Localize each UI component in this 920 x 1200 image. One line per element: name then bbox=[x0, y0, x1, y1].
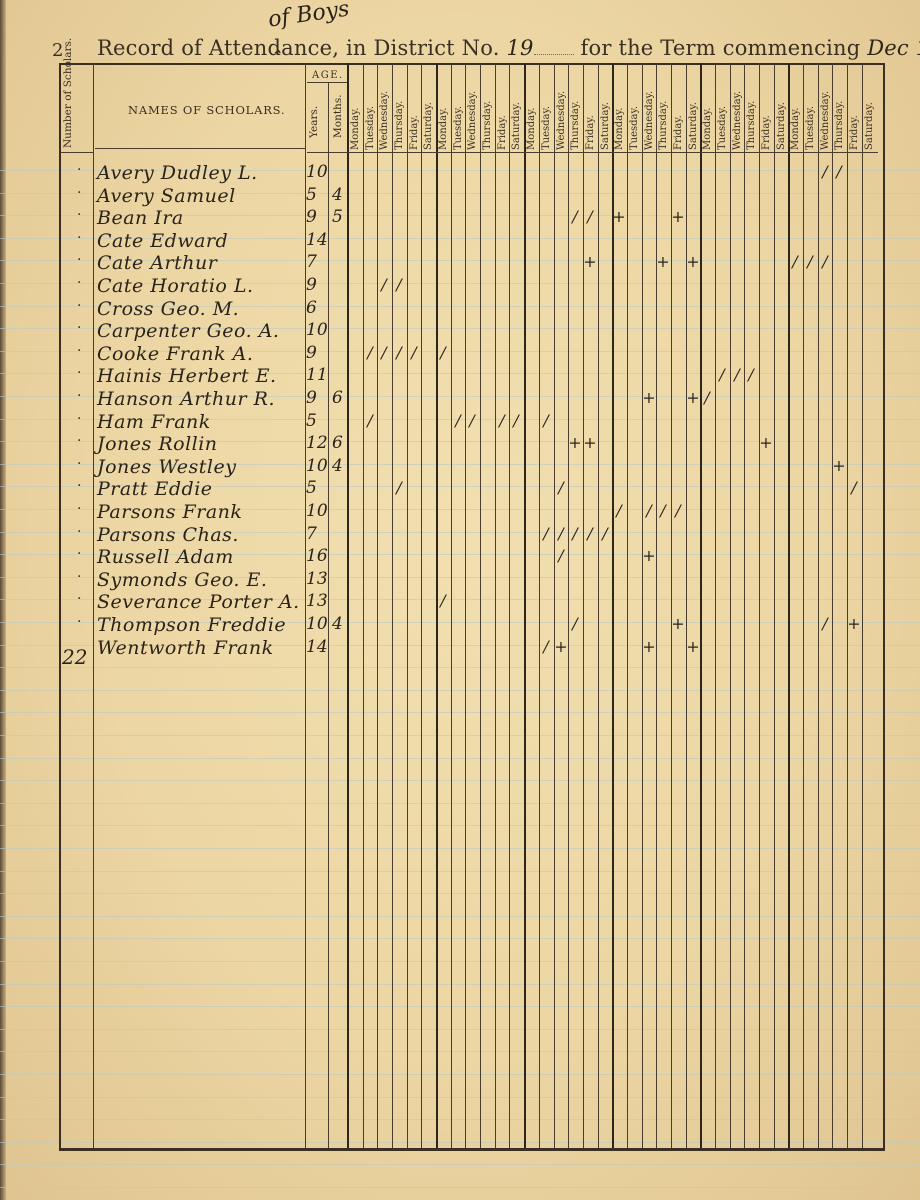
day-header: Saturday. bbox=[423, 102, 434, 150]
age-months: 5 bbox=[332, 207, 343, 227]
header-rule bbox=[348, 152, 878, 153]
scholar-name: Cate Arthur bbox=[97, 252, 217, 274]
header-rule bbox=[307, 82, 347, 83]
day-header: Monday. bbox=[702, 107, 713, 150]
absence-mark: / bbox=[583, 524, 597, 543]
day-header: Saturday. bbox=[776, 102, 787, 150]
absence-mark: / bbox=[671, 501, 685, 520]
day-header: Saturday. bbox=[864, 102, 875, 150]
day-header: Saturday. bbox=[600, 102, 611, 150]
scholar-name: Hainis Herbert E. bbox=[97, 365, 277, 387]
absence-mark: / bbox=[436, 591, 450, 610]
absence-mark: / bbox=[847, 478, 861, 497]
absence-mark: / bbox=[612, 501, 626, 520]
scholar-name: Jones Rollin bbox=[97, 433, 218, 455]
absence-mark: / bbox=[598, 524, 612, 543]
district-number: 19 bbox=[507, 36, 534, 60]
day-header: Wednesday. bbox=[467, 91, 478, 150]
absence-mark: / bbox=[554, 546, 568, 565]
table-row: ·Russell Adam16/+ bbox=[0, 546, 920, 568]
day-header: Friday. bbox=[409, 115, 420, 150]
scholar-name: Parsons Frank bbox=[97, 501, 242, 523]
tardy-mark: + bbox=[568, 433, 582, 452]
row-dot: · bbox=[77, 162, 81, 178]
scholar-name: Cooke Frank A. bbox=[97, 343, 253, 365]
row-dot: · bbox=[77, 298, 81, 314]
absence-mark: / bbox=[509, 411, 523, 430]
term-start-date: Dec 16th bbox=[867, 36, 920, 60]
age-years: 14 bbox=[306, 637, 328, 657]
day-header: Thursday. bbox=[570, 101, 581, 150]
tardy-mark: + bbox=[686, 388, 700, 407]
scholar-name: Cate Horatio L. bbox=[97, 275, 254, 297]
title-term-label: for the Term commencing bbox=[581, 36, 861, 60]
scholar-name: Cross Geo. M. bbox=[97, 298, 239, 320]
scholar-name: Parsons Chas. bbox=[97, 524, 239, 546]
day-header: Tuesday. bbox=[717, 106, 728, 150]
scholar-name: Severance Porter A. bbox=[97, 591, 300, 613]
age-months: 6 bbox=[332, 388, 343, 408]
absence-mark: / bbox=[377, 343, 391, 362]
tardy-mark: + bbox=[686, 637, 700, 656]
tardy-mark: + bbox=[656, 252, 670, 271]
row-dot: · bbox=[77, 591, 81, 607]
day-header: Thursday. bbox=[834, 101, 845, 150]
age-years: 7 bbox=[306, 252, 317, 272]
scholar-name: Wentworth Frank bbox=[97, 637, 274, 659]
tardy-mark: + bbox=[847, 614, 861, 633]
row-dot: · bbox=[77, 546, 81, 562]
absence-mark: / bbox=[377, 275, 391, 294]
day-header: Monday. bbox=[438, 107, 449, 150]
age-years: 5 bbox=[306, 411, 317, 431]
header-years: Years. bbox=[308, 106, 320, 138]
day-header: Thursday. bbox=[394, 101, 405, 150]
tardy-mark: + bbox=[759, 433, 773, 452]
header-age: AGE. bbox=[312, 70, 344, 81]
table-row: ·Jones Westley104+ bbox=[0, 456, 920, 478]
tardy-mark: + bbox=[642, 546, 656, 565]
day-header: Tuesday. bbox=[365, 106, 376, 150]
table-row: ·Ham Frank5////// bbox=[0, 411, 920, 433]
absence-mark: / bbox=[818, 252, 832, 271]
day-header: Saturday. bbox=[688, 102, 699, 150]
table-row: ·Symonds Geo. E.13 bbox=[0, 569, 920, 591]
header-rule bbox=[95, 148, 305, 149]
row-dot: · bbox=[77, 365, 81, 381]
tardy-mark: + bbox=[671, 614, 685, 633]
absence-mark: / bbox=[554, 524, 568, 543]
age-years: 9 bbox=[306, 388, 317, 408]
ruled-line bbox=[0, 1187, 920, 1188]
table-row: ·Cross Geo. M.6 bbox=[0, 298, 920, 320]
scholar-name: Hanson Arthur R. bbox=[97, 388, 275, 410]
day-header: Friday. bbox=[673, 115, 684, 150]
day-header: Wednesday. bbox=[556, 91, 567, 150]
day-header: Tuesday. bbox=[805, 106, 816, 150]
row-dot: · bbox=[77, 614, 81, 630]
tardy-mark: + bbox=[686, 252, 700, 271]
day-header: Friday. bbox=[497, 115, 508, 150]
age-years: 5 bbox=[306, 185, 317, 205]
age-months: 4 bbox=[332, 456, 343, 476]
header-number-of-scholars: Number of Scholars. bbox=[62, 38, 74, 148]
absence-mark: / bbox=[539, 524, 553, 543]
tardy-mark: + bbox=[832, 456, 846, 475]
header-names: NAMES OF SCHOLARS. bbox=[128, 103, 285, 117]
day-header: Wednesday. bbox=[820, 91, 831, 150]
scholar-name: Thompson Freddie bbox=[97, 614, 286, 636]
scholar-name: Pratt Eddie bbox=[97, 478, 213, 500]
absence-mark: / bbox=[568, 614, 582, 633]
scholar-name: Ham Frank bbox=[97, 411, 211, 433]
age-years: 7 bbox=[306, 524, 317, 544]
row-dot: · bbox=[77, 252, 81, 268]
table-row: ·Avery Samuel54 bbox=[0, 185, 920, 207]
title-prefix: Record of Attendance bbox=[97, 36, 332, 60]
row-dot: · bbox=[77, 388, 81, 404]
tardy-mark: + bbox=[583, 433, 597, 452]
age-years: 9 bbox=[306, 275, 317, 295]
age-years: 10 bbox=[306, 320, 328, 340]
absence-mark: / bbox=[451, 411, 465, 430]
absence-mark: / bbox=[568, 524, 582, 543]
table-row: ·Cate Horatio L.9// bbox=[0, 275, 920, 297]
tardy-mark: + bbox=[612, 207, 626, 226]
tardy-mark: + bbox=[642, 637, 656, 656]
absence-mark: / bbox=[495, 411, 509, 430]
age-years: 10 bbox=[306, 162, 328, 182]
day-header: Friday. bbox=[585, 115, 596, 150]
absence-mark: / bbox=[568, 207, 582, 226]
absence-mark: / bbox=[818, 614, 832, 633]
title-insert: of Boys bbox=[267, 0, 351, 33]
table-row: ·Hainis Herbert E.11/// bbox=[0, 365, 920, 387]
table-row: ·Hanson Arthur R.96++/ bbox=[0, 388, 920, 410]
day-header: Monday. bbox=[350, 107, 361, 150]
absence-mark: / bbox=[392, 478, 406, 497]
scholar-name: Avery Samuel bbox=[97, 185, 236, 207]
total-scholars: 22 bbox=[62, 645, 87, 669]
age-years: 13 bbox=[306, 569, 328, 589]
age-years: 6 bbox=[306, 298, 317, 318]
day-header: Tuesday. bbox=[453, 106, 464, 150]
age-years: 5 bbox=[306, 478, 317, 498]
row-dot: · bbox=[77, 478, 81, 494]
row-dot: · bbox=[77, 411, 81, 427]
day-header: Tuesday. bbox=[629, 106, 640, 150]
day-header: Monday. bbox=[790, 107, 801, 150]
table-row: ·Parsons Frank10//// bbox=[0, 501, 920, 523]
day-header: Thursday. bbox=[482, 101, 493, 150]
absence-mark: / bbox=[392, 343, 406, 362]
day-header: Friday. bbox=[761, 115, 772, 150]
table-row: ·Thompson Freddie104/+/+ bbox=[0, 614, 920, 636]
table-row: ·Avery Dudley L.10// bbox=[0, 162, 920, 184]
scholar-name: Bean Ira bbox=[97, 207, 184, 229]
scholar-name: Cate Edward bbox=[97, 230, 228, 252]
absence-mark: / bbox=[554, 478, 568, 497]
absence-mark: / bbox=[715, 365, 729, 384]
row-dot: · bbox=[77, 433, 81, 449]
day-header: Wednesday. bbox=[644, 91, 655, 150]
table-row: ·Parsons Chas.7///// bbox=[0, 524, 920, 546]
title-district-label: in District No. bbox=[346, 36, 500, 60]
absence-mark: / bbox=[656, 501, 670, 520]
absence-mark: / bbox=[363, 343, 377, 362]
day-header: Friday. bbox=[849, 115, 860, 150]
row-dot: · bbox=[77, 343, 81, 359]
table-row: ·Cate Arthur7+++/// bbox=[0, 252, 920, 274]
age-years: 10 bbox=[306, 456, 328, 476]
absence-mark: / bbox=[392, 275, 406, 294]
table-row: ·Cate Edward14 bbox=[0, 230, 920, 252]
day-header: Tuesday. bbox=[541, 106, 552, 150]
row-dot: · bbox=[77, 275, 81, 291]
table-row: ·Jones Rollin126+++ bbox=[0, 433, 920, 455]
absence-mark: / bbox=[803, 252, 817, 271]
day-header: Saturday. bbox=[511, 102, 522, 150]
age-years: 13 bbox=[306, 591, 328, 611]
scholar-name: Symonds Geo. E. bbox=[97, 569, 267, 591]
absence-mark: / bbox=[744, 365, 758, 384]
age-months: 6 bbox=[332, 433, 343, 453]
age-months: 4 bbox=[332, 185, 343, 205]
day-header: Monday. bbox=[614, 107, 625, 150]
absence-mark: / bbox=[436, 343, 450, 362]
table-row: ·Bean Ira95//++ bbox=[0, 207, 920, 229]
absence-mark: / bbox=[539, 411, 553, 430]
page-title: Record of Attendance, in District No. 19… bbox=[97, 36, 920, 60]
scholar-name: Russell Adam bbox=[97, 546, 234, 568]
row-dot: · bbox=[77, 569, 81, 585]
day-header: Wednesday. bbox=[732, 91, 743, 150]
table-row: Wentworth Frank14/+++ bbox=[0, 637, 920, 659]
absence-mark: / bbox=[832, 162, 846, 181]
scholar-name: Avery Dudley L. bbox=[97, 162, 258, 184]
row-dot: · bbox=[77, 185, 81, 201]
absence-mark: / bbox=[583, 207, 597, 226]
row-dot: · bbox=[77, 320, 81, 336]
day-header: Wednesday. bbox=[379, 91, 390, 150]
header-rule bbox=[60, 152, 93, 153]
absence-mark: / bbox=[465, 411, 479, 430]
age-years: 9 bbox=[306, 343, 317, 363]
table-row: ·Severance Porter A.13/ bbox=[0, 591, 920, 613]
row-dot: · bbox=[77, 230, 81, 246]
age-years: 10 bbox=[306, 501, 328, 521]
row-dot: · bbox=[77, 501, 81, 517]
row-dot: · bbox=[77, 524, 81, 540]
absence-mark: / bbox=[788, 252, 802, 271]
absence-mark: / bbox=[642, 501, 656, 520]
header-rule bbox=[307, 152, 347, 153]
absence-mark: / bbox=[730, 365, 744, 384]
absence-mark: / bbox=[407, 343, 421, 362]
table-row: ·Carpenter Geo. A.10 bbox=[0, 320, 920, 342]
tardy-mark: + bbox=[554, 637, 568, 656]
age-years: 14 bbox=[306, 230, 328, 250]
header-months: Months. bbox=[332, 94, 344, 138]
ruled-line bbox=[0, 1164, 920, 1165]
day-header: Thursday. bbox=[746, 101, 757, 150]
age-years: 9 bbox=[306, 207, 317, 227]
age-years: 16 bbox=[306, 546, 328, 566]
tardy-mark: + bbox=[671, 207, 685, 226]
age-years: 12 bbox=[306, 433, 328, 453]
scholar-name: Carpenter Geo. A. bbox=[97, 320, 279, 342]
absence-mark: / bbox=[363, 411, 377, 430]
absence-mark: / bbox=[539, 637, 553, 656]
absence-mark: / bbox=[818, 162, 832, 181]
absence-mark: / bbox=[700, 388, 714, 407]
row-dot: · bbox=[77, 456, 81, 472]
tardy-mark: + bbox=[642, 388, 656, 407]
age-years: 11 bbox=[306, 365, 328, 385]
row-dot: · bbox=[77, 207, 81, 223]
scholar-name: Jones Westley bbox=[97, 456, 237, 478]
age-months: 4 bbox=[332, 614, 343, 634]
day-header: Monday. bbox=[526, 107, 537, 150]
day-header: Thursday. bbox=[658, 101, 669, 150]
tardy-mark: + bbox=[583, 252, 597, 271]
table-row: ·Cooke Frank A.9///// bbox=[0, 343, 920, 365]
age-years: 10 bbox=[306, 614, 328, 634]
table-row: ·Pratt Eddie5/// bbox=[0, 478, 920, 500]
